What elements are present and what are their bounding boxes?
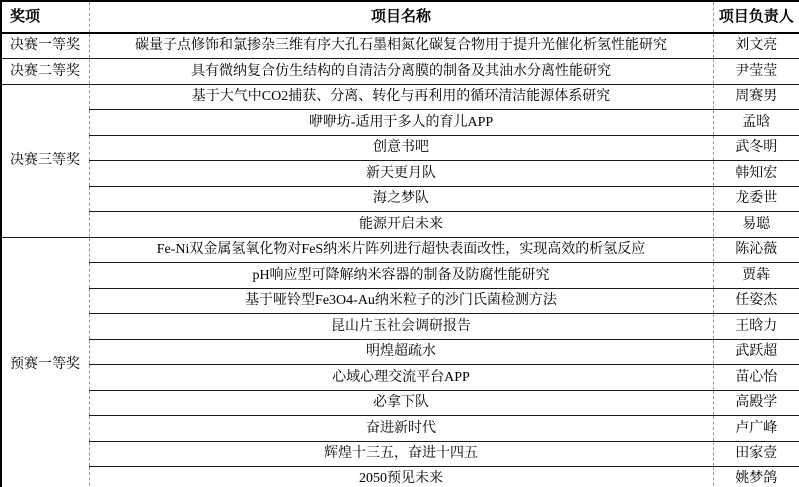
project-name-cell: pH响应型可降解纳米容器的制备及防腐性能研究 [89,263,713,289]
leader-cell: 尹莹莹 [713,59,799,85]
table-row: 创意书吧武冬明 [1,135,799,161]
column-header-project-name: 项目名称 [89,1,713,33]
awards-table: 奖项 项目名称 项目负责人 决赛一等奖碳量子点修饰和氯掺杂三维有序大孔石墨相氮化… [0,0,799,487]
project-name-cell: 创意书吧 [89,135,713,161]
table-row: 新天更月队韩知宏 [1,161,799,187]
project-name-cell: 咿咿坊-适用于多人的育儿APP [89,110,713,136]
table-header: 奖项 项目名称 项目负责人 [1,1,799,33]
table-row: 奋进新时代卢广峰 [1,416,799,442]
leader-cell: 武冬明 [713,135,799,161]
leader-cell: 韩知宏 [713,161,799,187]
project-name-cell: 新天更月队 [89,161,713,187]
project-name-cell: 2050预见未来 [89,467,713,487]
project-name-cell: 能源开启未来 [89,212,713,238]
project-name-cell: 明煌超疏水 [89,339,713,365]
project-name-cell: 昆山片玉社会调研报告 [89,314,713,340]
header-row: 奖项 项目名称 项目负责人 [1,1,799,33]
award-cell: 决赛一等奖 [1,33,89,59]
table-row: 海之梦队龙委世 [1,186,799,212]
project-name-cell: 奋进新时代 [89,416,713,442]
column-header-leader: 项目负责人 [713,1,799,33]
award-cell: 决赛三等奖 [1,84,89,237]
project-name-cell: 必拿下队 [89,390,713,416]
column-header-award: 奖项 [1,1,89,33]
table-row: 决赛一等奖碳量子点修饰和氯掺杂三维有序大孔石墨相氮化碳复合物用于提升光催化析氢性… [1,33,799,59]
table-row: 能源开启未来易聪 [1,212,799,238]
project-name-cell: 海之梦队 [89,186,713,212]
project-name-cell: Fe-Ni双金属氢氧化物对FeS纳米片阵列进行超快表面改性，实现高效的析氢反应 [89,237,713,263]
project-name-cell: 辉煌十三五，奋进十四五 [89,441,713,467]
project-name-cell: 基于大气中CO2捕获、分离、转化与再利用的循环清洁能源体系研究 [89,84,713,110]
table-row: 2050预见未来姚梦鸽 [1,467,799,487]
table-row: 咿咿坊-适用于多人的育儿APP孟晗 [1,110,799,136]
leader-cell: 孟晗 [713,110,799,136]
table-row: 预赛一等奖Fe-Ni双金属氢氧化物对FeS纳米片阵列进行超快表面改性，实现高效的… [1,237,799,263]
leader-cell: 武跃超 [713,339,799,365]
leader-cell: 高殿学 [713,390,799,416]
table-body: 决赛一等奖碳量子点修饰和氯掺杂三维有序大孔石墨相氮化碳复合物用于提升光催化析氢性… [1,33,799,487]
leader-cell: 贾犇 [713,263,799,289]
leader-cell: 田家壹 [713,441,799,467]
project-name-cell: 心域心理交流平台APP [89,365,713,391]
table-row: 必拿下队高殿学 [1,390,799,416]
project-name-cell: 具有微纳复合仿生结构的自清洁分离膜的制备及其油水分离性能研究 [89,59,713,85]
award-cell: 预赛一等奖 [1,237,89,487]
leader-cell: 卢广峰 [713,416,799,442]
table-row: 心域心理交流平台APP苗心怡 [1,365,799,391]
leader-cell: 周赛男 [713,84,799,110]
leader-cell: 苗心怡 [713,365,799,391]
leader-cell: 易聪 [713,212,799,238]
table-row: 明煌超疏水武跃超 [1,339,799,365]
table-row: pH响应型可降解纳米容器的制备及防腐性能研究贾犇 [1,263,799,289]
table-row: 辉煌十三五，奋进十四五田家壹 [1,441,799,467]
table-row: 基于哑铃型Fe3O4-Au纳米粒子的沙门氏菌检测方法任姿杰 [1,288,799,314]
project-name-cell: 碳量子点修饰和氯掺杂三维有序大孔石墨相氮化碳复合物用于提升光催化析氢性能研究 [89,33,713,59]
leader-cell: 刘文亮 [713,33,799,59]
leader-cell: 任姿杰 [713,288,799,314]
leader-cell: 王晗力 [713,314,799,340]
table-row: 昆山片玉社会调研报告王晗力 [1,314,799,340]
leader-cell: 姚梦鸽 [713,467,799,487]
table-row: 决赛三等奖基于大气中CO2捕获、分离、转化与再利用的循环清洁能源体系研究周赛男 [1,84,799,110]
leader-cell: 陈沁薇 [713,237,799,263]
leader-cell: 龙委世 [713,186,799,212]
table-row: 决赛二等奖具有微纳复合仿生结构的自清洁分离膜的制备及其油水分离性能研究尹莹莹 [1,59,799,85]
project-name-cell: 基于哑铃型Fe3O4-Au纳米粒子的沙门氏菌检测方法 [89,288,713,314]
award-cell: 决赛二等奖 [1,59,89,85]
